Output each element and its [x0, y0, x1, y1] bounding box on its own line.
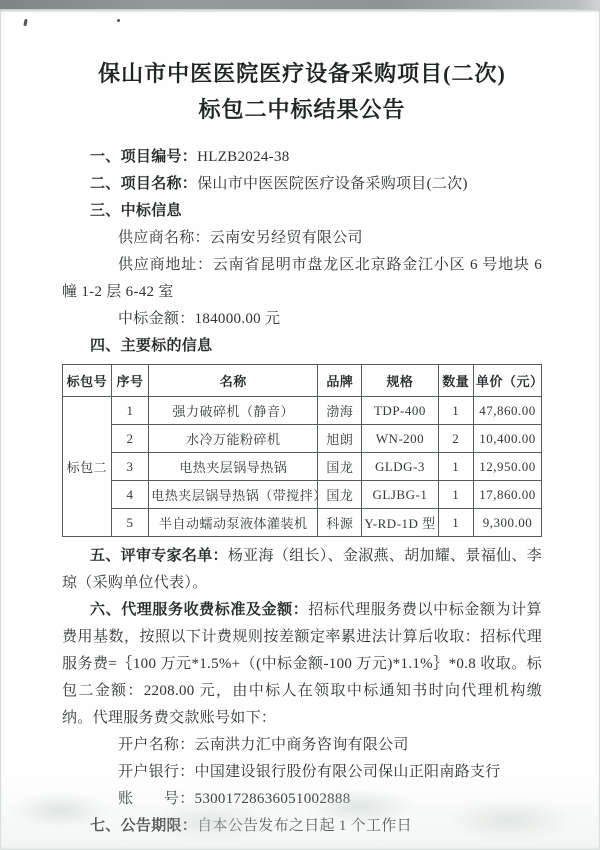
notice-period-row: 七、公告期限：自本公告发布之日起 1 个工作日: [62, 813, 542, 840]
bid-info-heading: 三、中标信息: [62, 198, 542, 225]
account-number-label: 账 号：: [118, 791, 195, 807]
cell-qty: 1: [438, 481, 473, 509]
account-number-value: 53001728636051002888: [195, 791, 351, 807]
cell-spec: Y-RD-1D 型: [362, 509, 438, 537]
cell-brand: 国龙: [318, 453, 362, 481]
table-header-row: 标包号 序号 名称 品牌 规格 数量 单价（元）: [63, 365, 542, 397]
cell-brand: 科源: [318, 509, 362, 537]
project-name-label: 二、项目名称：: [90, 176, 197, 192]
table-row: 3 电热夹层锅导热锅 国龙 GLDG-3 1 12,950.00: [63, 453, 542, 481]
account-number-row: 账 号：53001728636051002888: [62, 786, 542, 813]
bid-amount-row: 中标金额：184000.00 元: [62, 306, 542, 333]
cell-price: 12,950.00: [473, 453, 541, 481]
project-number-row: 一、项目编号：HLZB2024-38: [62, 144, 542, 171]
agency-fee-value: 招标代理服务费以中标金额为计算费用基数，按照以下计费规则按差额定率累进法计算后收…: [62, 602, 542, 726]
col-header-name: 名称: [149, 365, 318, 397]
cell-brand: 渤海: [318, 397, 362, 425]
supplier-address-label: 供应商地址：: [118, 257, 213, 273]
table-row: 5 半自动蠕动泵液体灌装机 科源 Y-RD-1D 型 1 9,300.00: [63, 509, 542, 537]
cell-name: 电热夹层锅导热锅: [149, 453, 318, 481]
package-cell: 标包二: [63, 397, 112, 537]
cell-price: 47,860.00: [473, 397, 541, 425]
cell-brand: 旭朗: [318, 425, 362, 453]
experts-label: 五、评审专家名单：: [90, 548, 228, 564]
main-items-heading: 四、主要标的信息: [62, 333, 542, 360]
main-items-label: 四、主要标的信息: [90, 338, 212, 354]
bank-row: 开户银行：中国建设银行股份有限公司保山正阳南路支行: [62, 759, 542, 786]
table-row: 2 水冷万能粉碎机 旭朗 WN-200 2 10,400.00: [63, 425, 542, 453]
document-title-line2: 标包二中标结果公告: [62, 92, 542, 128]
cell-spec: GLDG-3: [362, 453, 438, 481]
account-name-row: 开户名称：云南洪力汇中商务咨询有限公司: [62, 732, 542, 759]
bid-amount-value: 184000.00 元: [195, 311, 281, 327]
table-row: 4 电热夹层锅导热锅（带搅拌） 国龙 GLJBG-1 1 17,860.00: [63, 481, 542, 509]
project-number-label: 一、项目编号：: [90, 149, 197, 165]
cell-qty: 1: [438, 397, 473, 425]
cell-qty: 1: [438, 453, 473, 481]
cell-brand: 国龙: [318, 481, 362, 509]
cell-price: 9,300.00: [473, 509, 541, 537]
col-header-price: 单价（元）: [473, 365, 541, 397]
table-row: 标包二 1 强力破碎机（静音） 渤海 TDP-400 1 47,860.00: [63, 397, 542, 425]
notice-period-label: 七、公告期限：: [90, 818, 197, 834]
col-header-package: 标包号: [63, 365, 112, 397]
project-number-value: HLZB2024-38: [197, 149, 289, 165]
notice-period-value: 自本公告发布之日起 1 个工作日: [197, 818, 412, 834]
cell-seq: 4: [111, 481, 148, 509]
document-title: 保山市中医医院医疗设备采购项目(二次) 标包二中标结果公告: [62, 56, 542, 128]
items-table: 标包号 序号 名称 品牌 规格 数量 单价（元） 标包二 1 强力破碎机（静音）…: [62, 364, 542, 537]
cell-name: 电热夹层锅导热锅（带搅拌）: [149, 481, 318, 509]
cell-name: 水冷万能粉碎机: [149, 425, 318, 453]
agency-fee-row: 六、代理服务收费标准及金额：招标代理服务费以中标金额为计算费用基数，按照以下计费…: [62, 597, 542, 732]
account-name-label: 开户名称：: [118, 737, 195, 753]
col-header-qty: 数量: [438, 365, 473, 397]
cell-seq: 1: [111, 397, 148, 425]
cell-seq: 5: [111, 509, 148, 537]
cell-price: 10,400.00: [473, 425, 541, 453]
supplier-name-value: 云南安另经贸有限公司: [210, 230, 363, 246]
project-name-value: 保山市中医医院医疗设备采购项目(二次): [197, 176, 468, 192]
col-header-seq: 序号: [111, 365, 148, 397]
account-name-value: 云南洪力汇中商务咨询有限公司: [195, 737, 409, 753]
agency-fee-label: 六、代理服务收费标准及金额：: [90, 602, 308, 618]
cell-qty: 1: [438, 509, 473, 537]
document-content: 保山市中医医院医疗设备采购项目(二次) 标包二中标结果公告 一、项目编号：HLZ…: [0, 0, 600, 840]
bank-value: 中国建设银行股份有限公司保山正阳南路支行: [195, 764, 501, 780]
scanned-document-page: { "title": { "line1": "保山市中医医院医疗设备采购项目(二…: [0, 0, 600, 850]
supplier-name-label: 供应商名称：: [118, 230, 210, 246]
cell-spec: WN-200: [362, 425, 438, 453]
col-header-brand: 品牌: [318, 365, 362, 397]
cell-name: 强力破碎机（静音）: [149, 397, 318, 425]
cell-price: 17,860.00: [473, 481, 541, 509]
cell-spec: GLJBG-1: [362, 481, 438, 509]
document-title-line1: 保山市中医医院医疗设备采购项目(二次): [62, 56, 542, 92]
cell-seq: 2: [111, 425, 148, 453]
col-header-spec: 规格: [362, 365, 438, 397]
cell-seq: 3: [111, 453, 148, 481]
cell-spec: TDP-400: [362, 397, 438, 425]
supplier-address-row: 供应商地址：云南省昆明市盘龙区北京路金江小区 6 号地块 6 幢 1-2 层 6…: [62, 252, 542, 306]
cell-qty: 2: [438, 425, 473, 453]
bid-amount-label: 中标金额：: [118, 311, 195, 327]
bid-info-label: 三、中标信息: [90, 203, 182, 219]
supplier-name-row: 供应商名称：云南安另经贸有限公司: [62, 225, 542, 252]
bank-label: 开户银行：: [118, 764, 195, 780]
cell-name: 半自动蠕动泵液体灌装机: [149, 509, 318, 537]
experts-row: 五、评审专家名单：杨亚海（组长）、金淑燕、胡加耀、景福仙、李琼（采购单位代表）。: [62, 543, 542, 597]
project-name-row: 二、项目名称：保山市中医医院医疗设备采购项目(二次): [62, 171, 542, 198]
